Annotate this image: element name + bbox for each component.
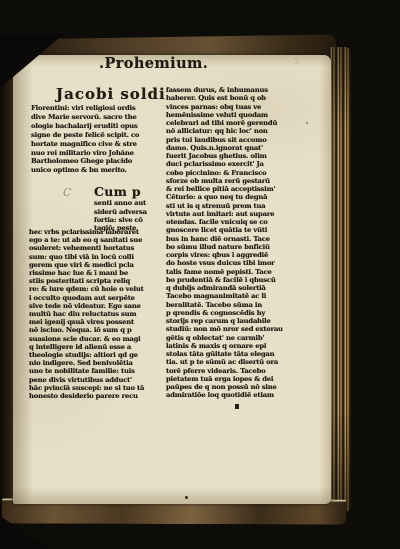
left-column-paragraph-body: hec vrbs pclarissima laboraret ego a te:… [29, 228, 166, 400]
right-column-text: fassem durus, & inhumanus haberer. Quis … [166, 86, 303, 400]
left-column-paragraph-indented: Cum psenti anno aut siderū adversa forti… [94, 177, 165, 232]
page-title: .Prohemium. [99, 55, 208, 72]
author-heading: Jacobi soldi [56, 85, 166, 103]
book-fore-edge [329, 47, 351, 512]
initial-guide-letter: C [63, 186, 71, 199]
paragraph-opening-words: Cum p [94, 185, 165, 199]
handwritten-folio-number: 3 [294, 57, 299, 66]
book-scan-photo: .Prohemium. 3 Jacobi soldi Florentini: v… [0, 0, 400, 549]
ink-speck [185, 496, 188, 499]
left-column-incipit: Florentini: viri religiosi ordis dive Ma… [31, 104, 165, 175]
signature-ink-mark [235, 404, 239, 409]
ink-speck [306, 122, 308, 124]
